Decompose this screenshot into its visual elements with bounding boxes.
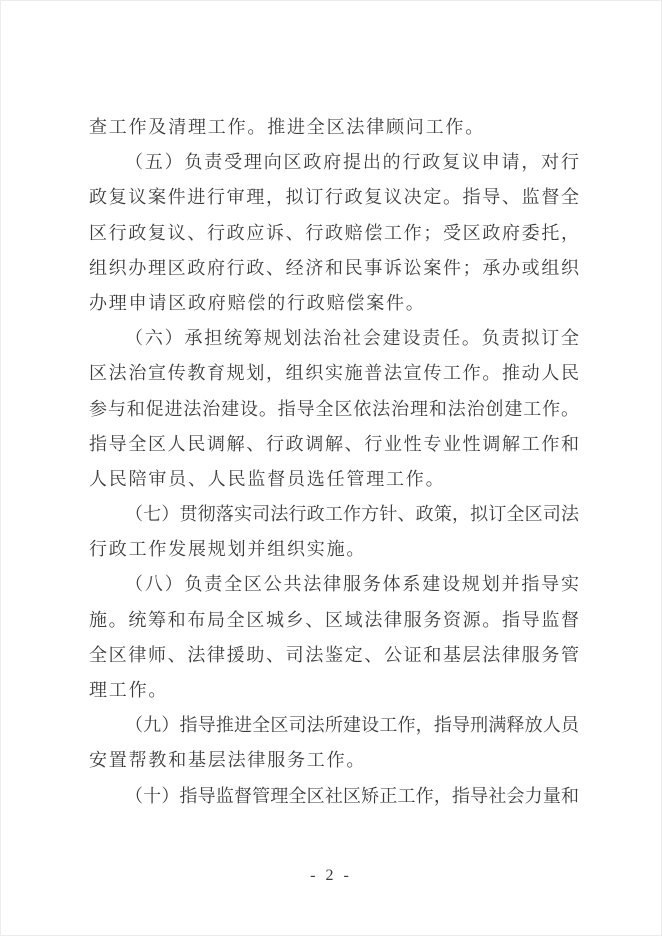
text-line: 区行政复议、行政应诉、行政赔偿工作；受区政府委托， [89,216,579,251]
page-number: - 2 - [1,867,661,885]
text-line: （九）指导推进全区司法所建设工作，指导刑满释放人员 [89,708,579,743]
text-line: 组织办理区政府行政、经济和民事诉讼案件；承办或组织 [89,251,579,286]
text-line: （八）负责全区公共法律服务体系建设规划并指导实 [89,567,579,602]
document-text: 查工作及清理工作。推进全区法律顾问工作。 （五）负责受理向区政府提出的行政复议申… [89,110,579,814]
document-page: 查工作及清理工作。推进全区法律顾问工作。 （五）负责受理向区政府提出的行政复议申… [0,0,662,936]
text-line: 查工作及清理工作。推进全区法律顾问工作。 [89,110,579,145]
text-line: （十）指导监督管理全区社区矫正工作，指导社会力量和 [89,779,579,814]
text-line: 指导全区人民调解、行政调解、行业性专业性调解工作和 [89,427,579,462]
text-line: 区法治宣传教育规划，组织实施普法宣传工作。推动人民 [89,356,579,391]
text-line: 全区律师、法律援助、司法鉴定、公证和基层法律服务管 [89,638,579,673]
text-line: 安置帮教和基层法律服务工作。 [89,743,579,778]
text-line: 行政工作发展规划并组织实施。 [89,532,579,567]
text-line: （六）承担统筹规划法治社会建设责任。负责拟订全 [89,321,579,356]
text-line: （七）贯彻落实司法行政工作方针、政策，拟订全区司法 [89,497,579,532]
text-line: 政复议案件进行审理，拟订行政复议决定。指导、监督全 [89,180,579,215]
text-line: 理工作。 [89,673,579,708]
text-line: 施。统筹和布局全区城乡、区域法律服务资源。指导监督 [89,603,579,638]
text-line: 办理申请区政府赔偿的行政赔偿案件。 [89,286,579,321]
text-line: 参与和促进法治建设。指导全区依法治理和法治创建工作。 [89,392,579,427]
text-line: （五）负责受理向区政府提出的行政复议申请，对行 [89,145,579,180]
text-line: 人民陪审员、人民监督员选任管理工作。 [89,462,579,497]
